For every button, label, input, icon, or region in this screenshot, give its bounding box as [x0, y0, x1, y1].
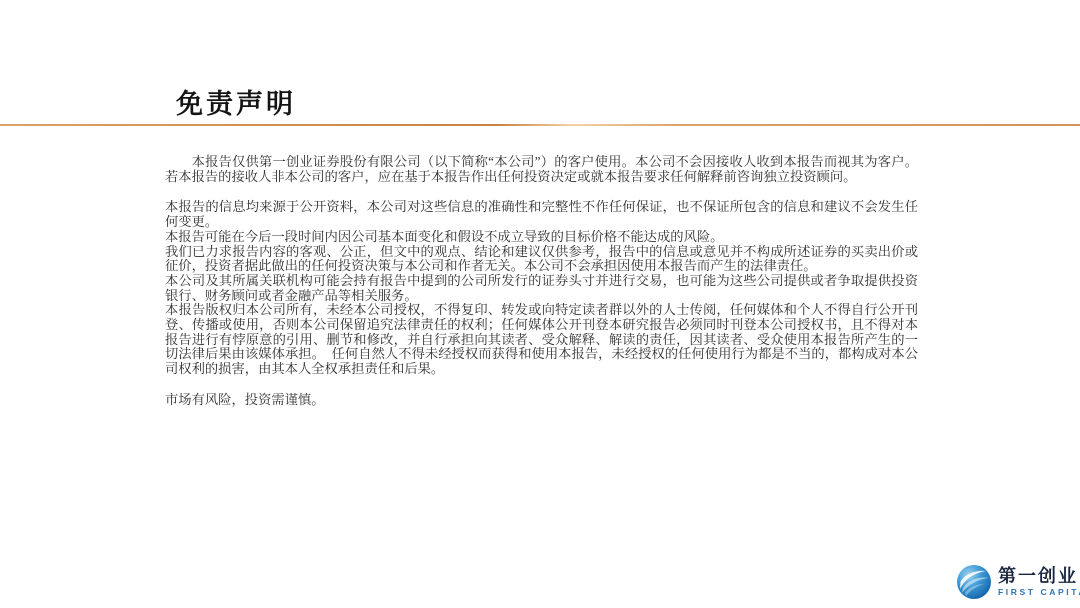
disclaimer-slide: 免责声明 本报告仅供第一创业证券股份有限公司（以下简称“本公司”）的客户使用。本…	[0, 0, 1080, 608]
company-logo: 第一创业 FIRST CAPITAL	[956, 564, 1080, 600]
disclaimer-paragraph-copyright: 本报告版权归本公司所有，未经本公司授权，不得复印、转发或向特定读者群以外的人士传…	[165, 303, 918, 377]
logo-text: 第一创业 FIRST CAPITAL	[998, 567, 1080, 597]
globe-icon	[956, 564, 992, 600]
disclaimer-paragraph-target-price-risk: 本报告可能在今后一段时间内因公司基本面变化和假设不成立导致的目标价格不能达成的风…	[165, 230, 918, 245]
disclaimer-paragraph-clients: 本报告仅供第一创业证券股份有限公司（以下简称“本公司”）的客户使用。本公司不会因…	[165, 155, 918, 184]
disclaimer-paragraph-affiliates: 本公司及其所属关联机构可能会持有报告中提到的公司所发行的证券头寸并进行交易，也可…	[165, 274, 918, 303]
disclaimer-paragraph-sources: 本报告的信息均来源于公开资料，本公司对这些信息的准确性和完整性不作任何保证，也不…	[165, 200, 918, 229]
company-name-cn: 第一创业	[998, 567, 1080, 586]
disclaimer-body: 本报告仅供第一创业证券股份有限公司（以下简称“本公司”）的客户使用。本公司不会因…	[165, 155, 918, 408]
disclaimer-paragraph-market-risk: 市场有风险，投资需谨慎。	[165, 393, 918, 408]
title-divider	[0, 124, 1080, 126]
company-name-en: FIRST CAPITAL	[998, 587, 1080, 597]
disclaimer-paragraph-objectivity: 我们已力求报告内容的客观、公正，但文中的观点、结论和建议仅供参考，报告中的信息或…	[165, 245, 918, 274]
page-title: 免责声明	[176, 82, 296, 121]
